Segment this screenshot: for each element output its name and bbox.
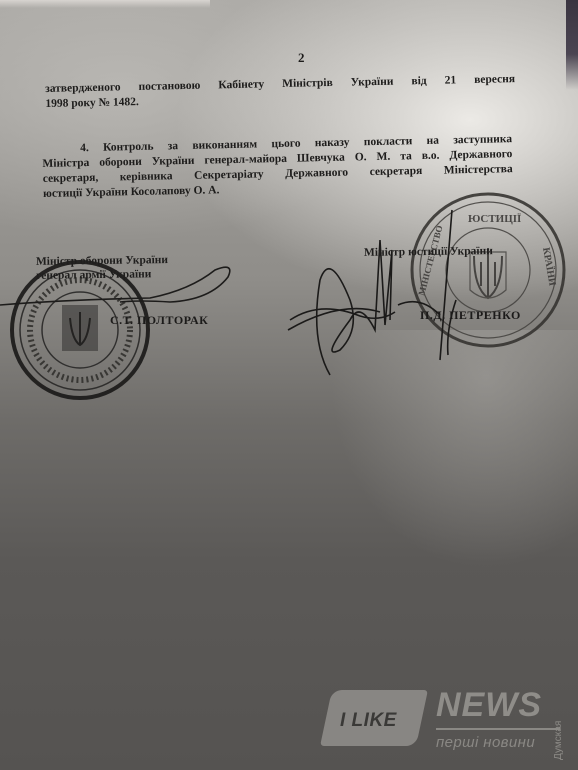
- watermark-tagline: перші новини: [436, 734, 535, 751]
- stamps-and-signatures: ЮСТИЦІЇ КРАЇНИ МІНІСТЕРСТВО: [0, 0, 578, 770]
- ilike-news-watermark: I LIKE NEWS перші новини: [326, 686, 576, 770]
- right-signature: [288, 210, 456, 375]
- defence-ministry-stamp: [12, 262, 148, 398]
- left-signatory-name: С.Т. ПОЛТОРАК: [110, 313, 208, 328]
- left-signatory-title: Міністр оборони України генерал армії Ук…: [36, 253, 169, 283]
- stamp-text-top: ЮСТИЦІЇ: [468, 212, 521, 225]
- title-line: генерал армії України: [36, 267, 168, 283]
- stamp-text-right: КРАЇНИ: [540, 246, 560, 287]
- watermark-divider: [436, 728, 560, 730]
- watermark-badge-text: I LIKE: [340, 710, 397, 732]
- side-credit: Думская: [553, 721, 564, 760]
- right-signatory-name: П.Д. ПЕТРЕНКО: [420, 308, 521, 323]
- justice-ministry-stamp: ЮСТИЦІЇ КРАЇНИ МІНІСТЕРСТВО: [412, 194, 564, 346]
- right-signatory-title: Міністр юстиції України: [364, 245, 493, 259]
- watermark-brand: NEWS: [436, 686, 542, 725]
